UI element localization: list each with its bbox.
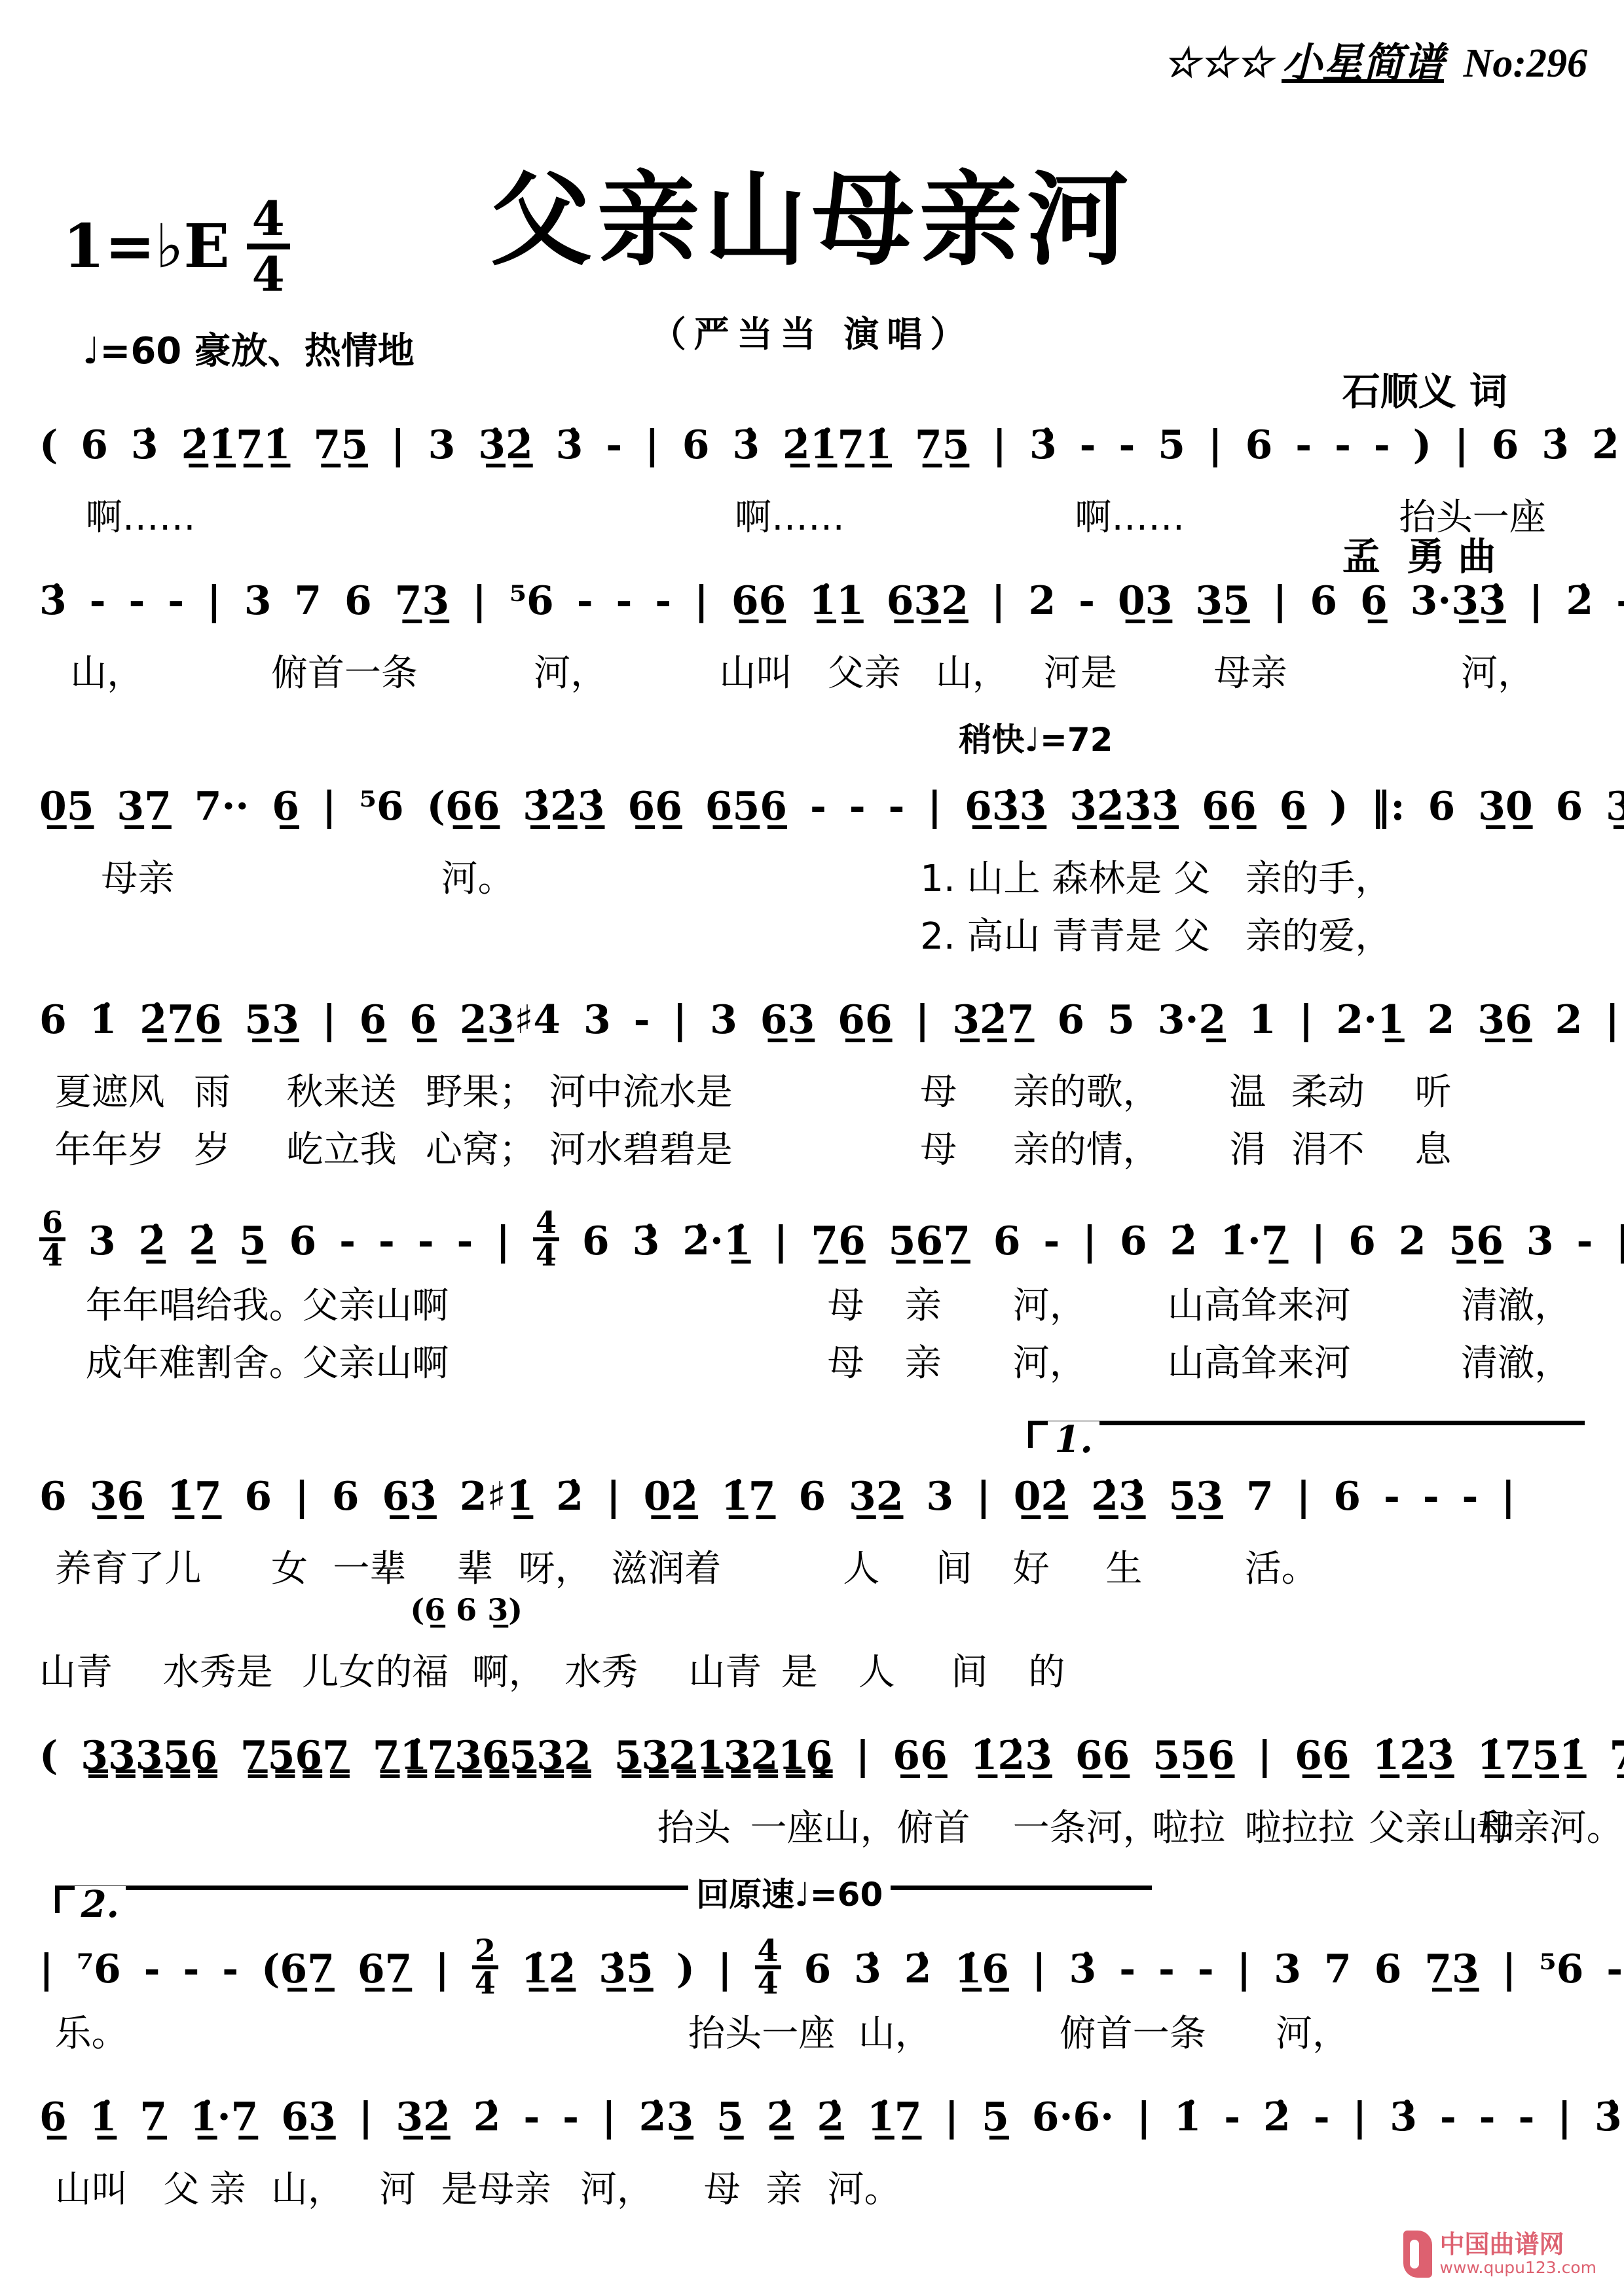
volta-label: 1. <box>1048 1421 1099 1458</box>
lyric: 啊…… <box>1075 488 1185 541</box>
lyric: 抬头 <box>657 1799 731 1851</box>
watermark-site: 中国曲谱网 <box>1440 2231 1596 2259</box>
system-5: 64 3 2̲̇ 2̲̇ 5̲ 6 - - - - | 44 6 3̇ 2̇·1… <box>39 1188 1585 1387</box>
lyric: 清澈， <box>1461 1277 1571 1329</box>
system-7: ( 3̳3̳3̳5̳6̳ 7̳5̳6̳7̳ 7̳1̳̇7̳3̳6̳5̳3̳2̳ … <box>39 1710 1585 1851</box>
lyric: 成年难割舍。 <box>86 1334 306 1387</box>
lyric: 岁 <box>194 1121 231 1173</box>
lyric: 啊， <box>472 1643 545 1696</box>
lyric: 母 <box>920 1121 957 1173</box>
lyric: 河， <box>1013 1277 1086 1329</box>
lyric: 儿女的福 <box>302 1643 449 1696</box>
lyric: 亲 <box>210 2160 246 2213</box>
lyric-row: 养育了儿女一辈辈呀，滋润着人间好生活。 <box>39 1535 1585 1592</box>
time-signature: 44 <box>533 1209 559 1269</box>
lyric: 山叫 <box>719 644 792 697</box>
lyric: 河， <box>1461 644 1534 697</box>
lyric: 父 <box>163 2160 200 2213</box>
notation-line: ( 3̳3̳3̳5̳6̳ 7̳5̳6̳7̳ 7̳1̳̇7̳3̳6̳5̳3̳2̳ … <box>39 1710 1585 1794</box>
notation-line: 6 1̇ 2̲̇7̲6̲ 5̲3̲ | 6̲ 6̲ 2̲3̲♯4 3 - | 3… <box>39 974 1585 1058</box>
lyric: 生 <box>1105 1540 1142 1592</box>
lyric: 河， <box>580 2160 654 2213</box>
notation-line: | ⁷6 - - - (6̲7̲ 6̲7̲ | 24 1̲̇2̲̇ 3̲̇5̲̇… <box>39 1916 1585 1999</box>
lyric: 活。 <box>1245 1540 1318 1592</box>
lyric: 河， <box>1276 2005 1349 2057</box>
time-signature: 64 <box>39 1209 65 1269</box>
system-3: 稍快♩=720̲5̲ 3̲7̲ 7·· 6̲ | ⁵6 (6̲6̲ 3̲̇2̲̇… <box>39 711 1585 960</box>
lyric: 一座山，俯首 <box>750 1799 970 1851</box>
lyric: 山高耸来河 <box>1168 1277 1351 1329</box>
lyric: 的 <box>1028 1643 1065 1696</box>
lyric-row: 2. 高山 青青是 父 亲的爱， <box>39 902 1585 960</box>
lyric: 人 <box>858 1643 895 1696</box>
lyric: 一条河， <box>1013 1799 1160 1851</box>
system-2: 3̇ - - - | 3 7 6 7̲3̲ | ⁵6 - - - | 6̲6̲ … <box>39 555 1585 697</box>
annotation-row: 1. <box>39 1401 1585 1451</box>
lyric: 滋润着 <box>611 1540 721 1592</box>
lyric: 1. 山上 森林是 父 亲的手， <box>920 850 1392 902</box>
lyric-row: (6̲ 6 3̲) <box>39 1592 1585 1638</box>
tempo-annotation: 回原速♩=60 <box>688 1868 891 1916</box>
watermark: 中国曲谱网 www.qupu123.com <box>1403 2231 1596 2278</box>
lyric: 亲的歌， <box>1013 1063 1160 1116</box>
inline-small-notes: (6̲ 6 3̲) <box>410 1592 523 1628</box>
lyric: 俯首一条 <box>1060 2005 1206 2057</box>
lyric: 母 <box>828 1277 864 1329</box>
lyric: 亲 <box>766 2160 802 2213</box>
lyric: 母亲 <box>101 850 174 902</box>
lyric-row: 啊……啊……啊……抬头一座 <box>39 483 1585 541</box>
lyric: 河， <box>534 644 607 697</box>
lyric: 山， <box>70 644 143 697</box>
lyric: 屹立我 <box>287 1121 397 1173</box>
lyric: 呀， <box>519 1540 592 1592</box>
watermark-url: www.qupu123.com <box>1440 2259 1596 2278</box>
lyric: 听 <box>1414 1063 1451 1116</box>
issue-number: No:296 <box>1464 41 1587 86</box>
tempo-annotation: 稍快♩=72 <box>951 714 1120 761</box>
lyric: 夏遮风 <box>55 1063 165 1116</box>
lyric: 河。 <box>441 850 515 902</box>
notation-line: 64 3 2̲̇ 2̲̇ 5̲ 6 - - - - | 44 6 3̇ 2̇·1… <box>39 1188 1585 1271</box>
page-header: ☆☆☆小星简谱 No:296 <box>1163 30 1587 88</box>
stars-icon: ☆☆☆ <box>1163 41 1272 86</box>
lyric: 山青 <box>688 1643 762 1696</box>
system-9: 6̲ 1̲̇ 7̲ 1̲̇·7̲ 6̲3̲ | 3̲2̲̇ 2̇ - - | 2… <box>39 2071 1585 2213</box>
lyric: 心窝； <box>426 1121 536 1173</box>
lyric: 啦拉 <box>1152 1799 1225 1851</box>
lyric: 息 <box>1414 1121 1451 1173</box>
system-8: 2.回原速♩=60| ⁷6 - - - (6̲7̲ 6̲7̲ | 24 1̲̇2… <box>39 1866 1585 2057</box>
notation-line: 3̇ - - - | 3 7 6 7̲3̲ | ⁵6 - - - | 6̲6̲ … <box>39 555 1585 639</box>
lyric: 年年唱给我。 <box>86 1277 306 1329</box>
volta-label: 2. <box>75 1886 126 1923</box>
lyric: 俯首一条 <box>271 644 418 697</box>
notation-line: 6 3̲6̲ 1̲̇7̲ 6 | 6 6̲3̲̇ 2♯1̲̇ 2̇ | 0̲2̲… <box>39 1451 1585 1535</box>
lyric: 辈 <box>456 1540 493 1592</box>
series-name: 小星简谱 <box>1282 41 1444 86</box>
annotation-row: 稍快♩=72 <box>39 711 1585 761</box>
lyric: 清澈， <box>1461 1334 1571 1387</box>
lyric: 河是 <box>1044 644 1117 697</box>
notation-line: 0̲5̲ 3̲7̲ 7·· 6̲ | ⁵6 (6̲6̲ 3̲̇2̲̇3̲̇ 6̲… <box>39 761 1585 845</box>
lyric: 年年岁 <box>55 1121 165 1173</box>
lyric: 父亲 <box>828 644 901 697</box>
volta-bracket-1: 1. <box>1028 1421 1585 1451</box>
annotation-row: 2.回原速♩=60 <box>39 1866 1585 1916</box>
lyric: 母亲 <box>1214 644 1287 697</box>
watermark-text: 中国曲谱网 www.qupu123.com <box>1440 2231 1596 2278</box>
lyric: 啊…… <box>86 488 196 541</box>
lyric: 间 <box>951 1643 987 1696</box>
notation-line: ( 6 3̇ 2̲̇1̲̇7̲1̲̇ 7̲5̲ | 3 3̲̇2̲̇ 3̇ - … <box>39 399 1585 483</box>
lyric: 水秀 <box>564 1643 638 1696</box>
lyric: 母 <box>920 1063 957 1116</box>
lyric: 水秀是 <box>163 1643 273 1696</box>
lyric-row: 成年难割舍。父亲山啊母亲河，山高耸来河清澈， <box>39 1329 1585 1387</box>
lyric: 父亲山啊 <box>302 1334 449 1387</box>
lyric: 父亲山啊 <box>302 1277 449 1329</box>
lyric-row: 夏遮风雨秋来送野果；河中流水是母亲的歌，温柔动听 <box>39 1058 1585 1116</box>
lyric: 人 <box>843 1540 879 1592</box>
lyric: 2. 高山 青青是 父 亲的爱， <box>920 907 1392 960</box>
lyric: 山， <box>858 2005 932 2057</box>
lyric: 野果； <box>426 1063 536 1116</box>
system-6: 1.6 3̲6̲ 1̲̇7̲ 6 | 6 6̲3̲̇ 2♯1̲̇ 2̇ | 0̲… <box>39 1401 1585 1696</box>
volta-bracket-2: 2. <box>55 1886 1153 1916</box>
lyric-row: 年年岁岁屹立我心窝；河水碧碧是母亲的情，涓涓不息 <box>39 1116 1585 1173</box>
lyric-row: 乐。抬头一座山，俯首一条河， <box>39 1999 1585 2057</box>
lyric: 温 <box>1229 1063 1266 1116</box>
watermark-logo-icon <box>1403 2231 1432 2278</box>
lyric: 涓不 <box>1291 1121 1365 1173</box>
lyric-row: 年年唱给我。父亲山啊母亲河，山高耸来河清澈， <box>39 1271 1585 1329</box>
lyric: 抬头一座 <box>688 2005 835 2057</box>
lyric: 亲 <box>905 1277 942 1329</box>
lyric: 母亲河。 <box>1477 1799 1623 1851</box>
lyric: 是母亲 <box>441 2160 551 2213</box>
lyric: 河。 <box>828 2160 901 2213</box>
time-signature: 44 <box>755 1937 781 1997</box>
lyric: 亲的情， <box>1013 1121 1160 1173</box>
lyric: 山， <box>936 644 1009 697</box>
lyric: 抬头一座 <box>1399 488 1546 541</box>
lyric: 涓 <box>1229 1121 1266 1173</box>
lyric: 山青 <box>39 1643 113 1696</box>
lyric: 是 <box>781 1643 818 1696</box>
lyric: 河， <box>1013 1334 1086 1387</box>
lyric: 好 <box>1013 1540 1050 1592</box>
tempo-marking: ♩=60 豪放、热情地 <box>83 322 415 374</box>
lyric: 山叫 <box>55 2160 128 2213</box>
lyric: 女 <box>271 1540 308 1592</box>
lyric: 雨 <box>194 1063 231 1116</box>
lyric-row: 母亲河。1. 山上 森林是 父 亲的手， <box>39 845 1585 902</box>
notation-line: 6̲ 1̲̇ 7̲ 1̲̇·7̲ 6̲3̲ | 3̲2̲̇ 2̇ - - | 2… <box>39 2071 1585 2155</box>
lyric: 柔动 <box>1291 1063 1365 1116</box>
lyric: 啦拉拉 <box>1245 1799 1355 1851</box>
score: ( 6 3̇ 2̲̇1̲̇7̲1̲̇ 7̲5̲ | 3 3̲̇2̲̇ 3̇ - … <box>39 399 1585 2227</box>
lyric: 乐。 <box>55 2005 128 2057</box>
lyric: 秋来送 <box>287 1063 397 1116</box>
lyric: 山高耸来河 <box>1168 1334 1351 1387</box>
lyric: 母 <box>828 1334 864 1387</box>
lyric: 一辈 <box>333 1540 406 1592</box>
lyric: 河水碧碧是 <box>549 1121 733 1173</box>
lyric: 间 <box>936 1540 972 1592</box>
system-4: 6 1̇ 2̲̇7̲6̲ 5̲3̲ | 6̲ 6̲ 2̲3̲♯4 3 - | 3… <box>39 974 1585 1173</box>
lyric: 母 <box>704 2160 741 2213</box>
lyric-row: 山叫父亲山，河是母亲河，母亲河。 <box>39 2155 1585 2213</box>
lyric: 养育了儿 <box>55 1540 202 1592</box>
lyric: 河 <box>379 2160 416 2213</box>
time-signature: 24 <box>472 1937 498 1997</box>
lyric-row: 山青水秀是儿女的福啊，水秀山青是人间的 <box>39 1638 1585 1696</box>
lyric-row: 抬头一座山，俯首一条河，啦拉啦拉拉父亲山和母亲河。 <box>39 1794 1585 1851</box>
lyric: 亲 <box>905 1334 942 1387</box>
lyric: 河中流水是 <box>549 1063 733 1116</box>
lyric-row: 山，俯首一条河，山叫父亲山，河是母亲河， <box>39 639 1585 697</box>
lyric: 山， <box>271 2160 344 2213</box>
system-1: ( 6 3̇ 2̲̇1̲̇7̲1̲̇ 7̲5̲ | 3 3̲̇2̲̇ 3̇ - … <box>39 399 1585 541</box>
lyric: 啊…… <box>735 488 845 541</box>
